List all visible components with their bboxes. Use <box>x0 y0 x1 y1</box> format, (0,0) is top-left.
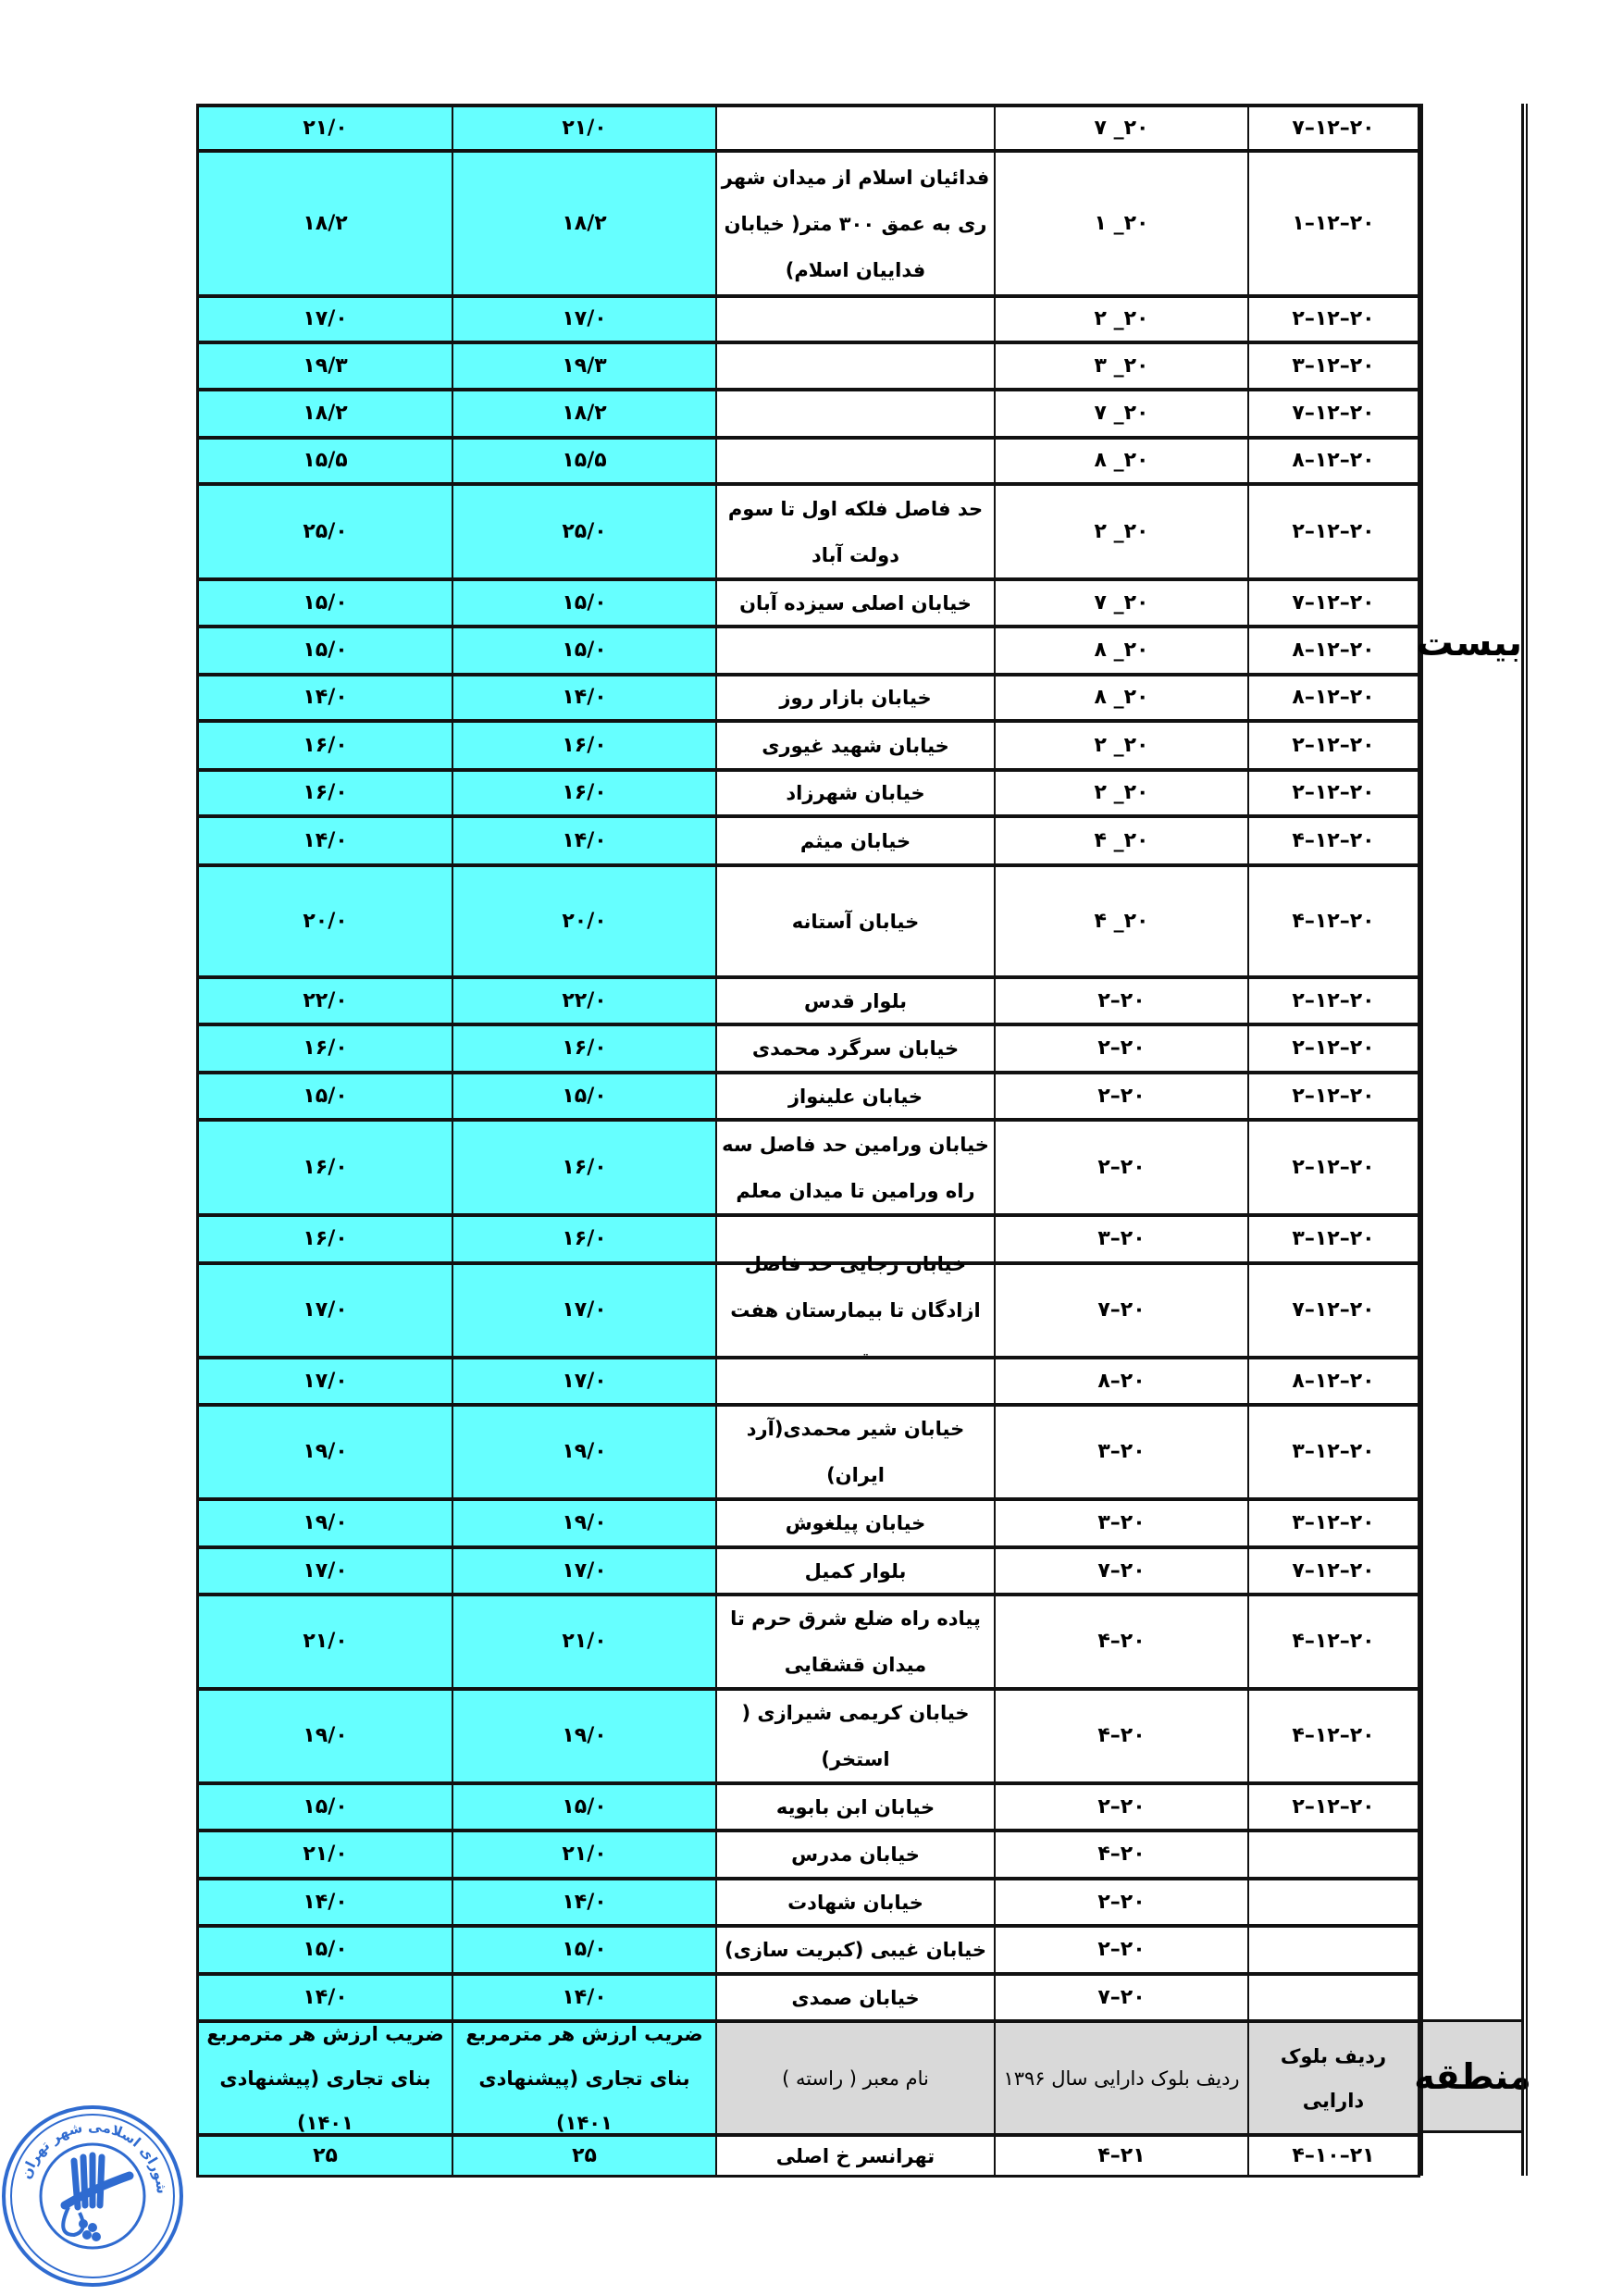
cell-block <box>1247 1880 1420 1924</box>
cell-coef-b: ۱۶/۰ <box>452 1122 715 1213</box>
table-row: ۱۹/۰۱۹/۰خیابان کریمی شیرازی ( استخر)۲۰–۴… <box>196 1687 1420 1781</box>
cell-coef-b: ۱۵/۰ <box>452 1928 715 1972</box>
cell-block-1396: ۲۰_ ۸ <box>994 676 1247 719</box>
stamp-seal-icon: اداره مصوبات شورای اسلامی شهر تهران <box>0 2096 199 2296</box>
cell-coef-b: ۲۵ <box>452 2137 715 2176</box>
cell-coef-a: ۱۹/۰ <box>196 1691 452 1781</box>
cell-block-1396: ۲۰–۲ <box>994 1074 1247 1118</box>
table-row: ۱۷/۰۱۷/۰۲۰–۸۲۰–۱۲–۸ <box>196 1356 1420 1403</box>
cell-coef-a: ۱۴/۰ <box>196 676 452 719</box>
cell-coef-b: ۱۴/۰ <box>452 1880 715 1924</box>
table-row: ۲۱/۰۲۱/۰۲۰_ ۷۲۰–۱۲–۷ <box>196 104 1420 149</box>
cell-coef-a: ۲۵/۰ <box>196 486 452 577</box>
cell-coef-b: ۱۹/۰ <box>452 1501 715 1545</box>
cell-coef-a: ۱۶/۰ <box>196 1122 452 1213</box>
cell-block-1396: ۲۰_ ۷ <box>994 581 1247 625</box>
cell-street: خیابان میثم <box>715 818 994 863</box>
cell-street: بلوار کمیل <box>715 1549 994 1593</box>
cell-block: ۲۰–۱۲–۸ <box>1247 440 1420 482</box>
table-row: ۲۰/۰۲۰/۰خیابان آستانه۲۰_ ۴۲۰–۱۲–۴ <box>196 863 1420 975</box>
cell-block: ۲۰–۱۲–۲ <box>1247 1074 1420 1118</box>
cell-block <box>1247 1832 1420 1877</box>
cell-block: ۲۰–۱۲–۴ <box>1247 867 1420 975</box>
cell-block-1396: ۲۰–۲ <box>994 979 1247 1023</box>
header-block: ردیف بلوک دارایی <box>1247 2023 1420 2133</box>
table-row: ۱۶/۰۱۶/۰خیابان شهید غیوری۲۰_ ۲۲۰–۱۲–۲ <box>196 719 1420 768</box>
table-header-row: ضریب ارزش هر مترمربع بنای تجاری (پیشنهاد… <box>196 2019 1420 2133</box>
table-row: ۱۹/۳۱۹/۳۲۰_ ۳۲۰–۱۲–۳ <box>196 341 1420 388</box>
cell-coef-b: ۲۲/۰ <box>452 979 715 1023</box>
cell-block-1396: ۲۰–۳ <box>994 1407 1247 1497</box>
table-row: ۱۷/۰۱۷/۰۲۰_ ۲۲۰–۱۲–۲ <box>196 294 1420 341</box>
cell-block-1396: ۲۰_ ۲ <box>994 486 1247 577</box>
cell-coef-a: ۲۱/۰ <box>196 1832 452 1877</box>
cell-coef-b: ۲۵/۰ <box>452 486 715 577</box>
cell-block: ۲۰–۱۲–۴ <box>1247 818 1420 863</box>
table-row: ۱۷/۰۱۷/۰بلوار کمیل۲۰–۷۲۰–۱۲–۷ <box>196 1545 1420 1593</box>
cell-coef-b: ۱۴/۰ <box>452 818 715 863</box>
table-row: ۲۲/۰۲۲/۰بلوار قدس۲۰–۲۲۰–۱۲–۲ <box>196 975 1420 1023</box>
cell-block: ۲۰–۱۲–۷ <box>1247 1265 1420 1356</box>
cell-block: ۲۰–۱۲–۱ <box>1247 153 1420 294</box>
table-row: ۱۹/۰۱۹/۰خیابان پیلغوش۲۰–۳۲۰–۱۲–۳ <box>196 1497 1420 1545</box>
cell-coef-a: ۲۲/۰ <box>196 979 452 1023</box>
table-row: ۱۵/۰۱۵/۰خیابان ابن بابویه۲۰–۲۲۰–۱۲–۲ <box>196 1781 1420 1829</box>
cell-coef-a: ۱۷/۰ <box>196 1549 452 1593</box>
cell-street: خیابان غیبی (کبریت سازی) <box>715 1928 994 1972</box>
cell-street <box>715 440 994 482</box>
cell-coef-a: ۱۵/۵ <box>196 440 452 482</box>
cell-coef-b: ۱۸/۲ <box>452 391 715 436</box>
cell-street: خیابان اصلی سیزده آبان <box>715 581 994 625</box>
table-row: ۱۴/۰۱۴/۰خیابان بازار روز۲۰_ ۸۲۰–۱۲–۸ <box>196 673 1420 719</box>
cell-block: ۲۰–۱۲–۷ <box>1247 107 1420 149</box>
cell-street: خیابان صمدی <box>715 1976 994 2019</box>
table-row: ۱۹/۰۱۹/۰خیابان شیر محمدی(آرد ایران)۲۰–۳۲… <box>196 1403 1420 1497</box>
cell-block-1396: ۲۰_ ۳ <box>994 344 1247 388</box>
cell-coef-a: ۲۰/۰ <box>196 867 452 975</box>
cell-street <box>715 107 994 149</box>
zone-cell-last <box>1420 2133 1522 2176</box>
cell-coef-a: ۱۹/۰ <box>196 1501 452 1545</box>
cell-block-1396: ۲۰–۲ <box>994 1122 1247 1213</box>
table-row: ۱۵/۰۱۵/۰خیابان اصلی سیزده آبان۲۰_ ۷۲۰–۱۲… <box>196 577 1420 625</box>
cell-block-1396: ۲۰_ ۸ <box>994 628 1247 673</box>
header-coef-b: ضریب ارزش هر مترمربع بنای تجاری (پیشنهاد… <box>452 2023 715 2133</box>
table-row: ۱۶/۰۱۶/۰خیابان سرگرد محمدی۲۰–۲۲۰–۱۲–۲ <box>196 1023 1420 1071</box>
cell-street: حد فاصل فلکه اول تا سوم دولت آباد <box>715 486 994 577</box>
table-bottom-border <box>196 2175 1420 2178</box>
cell-block: ۲۰–۱۲–۳ <box>1247 1217 1420 1261</box>
cell-coef-a: ۲۱/۰ <box>196 107 452 149</box>
cell-block <box>1247 1928 1420 1972</box>
cell-block-1396: ۲۰–۷ <box>994 1976 1247 2019</box>
cell-coef-a: ۱۵/۰ <box>196 1074 452 1118</box>
cell-street: خیابان ابن بابویه <box>715 1785 994 1829</box>
cell-street <box>715 628 994 673</box>
cell-coef-a: ۱۷/۰ <box>196 1359 452 1403</box>
cell-block: ۲۰–۱۲–۳ <box>1247 1501 1420 1545</box>
cell-street: خیابان پیلغوش <box>715 1501 994 1545</box>
zone-cell: بیست <box>1420 104 1522 2019</box>
cell-coef-b: ۱۹/۰ <box>452 1691 715 1781</box>
cell-coef-a: ۱۹/۳ <box>196 344 452 388</box>
cell-block: ۲۰–۱۲–۲ <box>1247 1122 1420 1213</box>
cell-coef-a: ۱۶/۰ <box>196 1217 452 1261</box>
cell-coef-b: ۱۷/۰ <box>452 1359 715 1403</box>
cell-coef-a: ۱۶/۰ <box>196 723 452 768</box>
cell-block: ۲۰–۱۲–۷ <box>1247 391 1420 436</box>
cell-coef-b: ۲۰/۰ <box>452 867 715 975</box>
cell-coef-a: ۱۴/۰ <box>196 818 452 863</box>
cell-block-1396: ۲۰_ ۴ <box>994 818 1247 863</box>
cell-coef-a: ۱۵/۰ <box>196 1785 452 1829</box>
cell-block-1396: ۲۰–۲ <box>994 1880 1247 1924</box>
cell-block-1396: ۲۰_ ۸ <box>994 440 1247 482</box>
cell-coef-a: ۱۷/۰ <box>196 1265 452 1356</box>
cell-block: ۲۰–۱۲–۲ <box>1247 772 1420 814</box>
cell-coef-a: ۲۵ <box>196 2137 452 2176</box>
cell-block: ۲۰–۱۲–۴ <box>1247 1691 1420 1781</box>
cell-block: ۲۰–۱۲–۲ <box>1247 486 1420 577</box>
cell-street <box>715 1359 994 1403</box>
cell-block: ۲۰–۱۲–۷ <box>1247 581 1420 625</box>
cell-coef-a: ۱۹/۰ <box>196 1407 452 1497</box>
cell-street <box>715 344 994 388</box>
cell-street: بلوار قدس <box>715 979 994 1023</box>
cell-block-1396: ۲۰–۲ <box>994 1026 1247 1071</box>
header-zone: منطقه <box>1420 2019 1522 2133</box>
cell-block-1396: ۲۰–۲ <box>994 1785 1247 1829</box>
cell-block <box>1247 1976 1420 2019</box>
cell-coef-b: ۱۶/۰ <box>452 1026 715 1071</box>
cell-street: خیابان شهادت <box>715 1880 994 1924</box>
cell-block-1396: ۲۰–۷ <box>994 1549 1247 1593</box>
cell-block: ۲۰–۱۲–۸ <box>1247 676 1420 719</box>
cell-street: خیابان شهید غیوری <box>715 723 994 768</box>
cell-street: پیاده راه ضلع شرق حرم تا میدان قشقایی <box>715 1596 994 1687</box>
cell-street: خیابان آستانه <box>715 867 994 975</box>
header-block-1396: ردیف بلوک دارایی سال ۱۳۹۶ <box>994 2023 1247 2133</box>
cell-street <box>715 298 994 341</box>
cell-coef-a: ۱۵/۰ <box>196 1928 452 1972</box>
cell-block-1396: ۲۰_ ۷ <box>994 107 1247 149</box>
cell-block: ۲۰–۱۲–۳ <box>1247 1407 1420 1497</box>
cell-coef-b: ۲۱/۰ <box>452 1596 715 1687</box>
cell-coef-a: ۱۶/۰ <box>196 772 452 814</box>
table-row: ۱۵/۵۱۵/۵۲۰_ ۸۲۰–۱۲–۸ <box>196 436 1420 482</box>
cell-street: خیابان رجایی حد فاصل ازادگان تا بیمارستا… <box>715 1265 994 1356</box>
table-row-last: ۲۵ ۲۵ تهرانسر خ اصلی ۲۱–۴ ۲۱–۱۰–۴ <box>196 2133 1420 2176</box>
cell-block: ۲۰–۱۲–۲ <box>1247 1785 1420 1829</box>
double-border-line <box>1521 104 1528 2176</box>
cell-street: خیابان ورامین حد فاصل سه راه ورامین تا م… <box>715 1122 994 1213</box>
table-row: ۱۸/۲۱۸/۲فدائیان اسلام از میدان شهر ری به… <box>196 149 1420 294</box>
cell-coef-b: ۱۴/۰ <box>452 676 715 719</box>
cell-block-1396: ۲۰–۳ <box>994 1217 1247 1261</box>
cell-block-1396: ۲۱–۴ <box>994 2137 1247 2176</box>
cell-block-1396: ۲۰–۴ <box>994 1596 1247 1687</box>
cell-coef-b: ۱۵/۰ <box>452 581 715 625</box>
cell-block: ۲۰–۱۲–۲ <box>1247 1026 1420 1071</box>
cell-block: ۲۰–۱۲–۲ <box>1247 298 1420 341</box>
cell-block: ۲۰–۱۲–۷ <box>1247 1549 1420 1593</box>
cell-block-1396: ۲۰–۴ <box>994 1832 1247 1877</box>
cell-block-1396: ۲۰_ ۲ <box>994 772 1247 814</box>
cell-coef-a: ۱۴/۰ <box>196 1880 452 1924</box>
table-row: ۱۵/۰۱۵/۰خیابان غیبی (کبریت سازی)۲۰–۲ <box>196 1924 1420 1972</box>
cell-block: ۲۰–۱۲–۳ <box>1247 344 1420 388</box>
table-row: ۱۴/۰۱۴/۰خیابان شهادت۲۰–۲ <box>196 1877 1420 1924</box>
cell-coef-b: ۱۹/۳ <box>452 344 715 388</box>
cell-block: ۲۰–۱۲–۲ <box>1247 723 1420 768</box>
table-row: ۲۱/۰۲۱/۰پیاده راه ضلع شرق حرم تا میدان ق… <box>196 1593 1420 1687</box>
cell-block-1396: ۲۰–۸ <box>994 1359 1247 1403</box>
cell-coef-b: ۱۷/۰ <box>452 1265 715 1356</box>
cell-block-1396: ۲۰_ ۲ <box>994 723 1247 768</box>
cell-street: خیابان علینواز <box>715 1074 994 1118</box>
cell-coef-b: ۱۷/۰ <box>452 1549 715 1593</box>
council-stamp: اداره مصوبات شورای اسلامی شهر تهران <box>0 2096 199 2296</box>
cell-block-1396: ۲۰_ ۷ <box>994 391 1247 436</box>
table-row: ۲۵/۰۲۵/۰حد فاصل فلکه اول تا سوم دولت آبا… <box>196 482 1420 577</box>
cell-block: ۲۰–۱۲–۲ <box>1247 979 1420 1023</box>
cell-coef-a: ۱۵/۰ <box>196 581 452 625</box>
cell-street: خیابان شهرزاد <box>715 772 994 814</box>
cell-street <box>715 391 994 436</box>
cell-block-1396: ۲۰_ ۲ <box>994 298 1247 341</box>
table-row: ۱۵/۰۱۵/۰۲۰_ ۸۲۰–۱۲–۸ <box>196 625 1420 673</box>
cell-coef-b: ۲۱/۰ <box>452 1832 715 1877</box>
zone-label: بیست <box>1423 622 1522 664</box>
cell-coef-a: ۱۵/۰ <box>196 628 452 673</box>
header-street: نام معبر ( راسته ) <box>715 2023 994 2133</box>
table-row: ۱۴/۰۱۴/۰خیابان میثم۲۰_ ۴۲۰–۱۲–۴ <box>196 814 1420 863</box>
cell-block-1396: ۲۰_ ۱ <box>994 153 1247 294</box>
cell-block: ۲۱–۱۰–۴ <box>1247 2137 1420 2176</box>
cell-street: فدائیان اسلام از میدان شهر ری به عمق ۳۰۰… <box>715 153 994 294</box>
cell-block: ۲۰–۱۲–۸ <box>1247 1359 1420 1403</box>
table-row: ۱۷/۰۱۷/۰خیابان رجایی حد فاصل ازادگان تا … <box>196 1261 1420 1356</box>
cell-street: خیابان بازار روز <box>715 676 994 719</box>
table-row: ۲۱/۰۲۱/۰خیابان مدرس۲۰–۴ <box>196 1829 1420 1877</box>
cell-block-1396: ۲۰–۷ <box>994 1265 1247 1356</box>
cell-street: خیابان سرگرد محمدی <box>715 1026 994 1071</box>
cell-coef-b: ۱۶/۰ <box>452 1217 715 1261</box>
cell-block: ۲۰–۱۲–۸ <box>1247 628 1420 673</box>
table-row: ۱۸/۲۱۸/۲۲۰_ ۷۲۰–۱۲–۷ <box>196 388 1420 436</box>
cell-coef-b: ۱۵/۰ <box>452 628 715 673</box>
cell-coef-b: ۱۵/۵ <box>452 440 715 482</box>
cell-block-1396: ۲۰–۲ <box>994 1928 1247 1972</box>
cell-coef-a: ۱۷/۰ <box>196 298 452 341</box>
cell-block: ۲۰–۱۲–۴ <box>1247 1596 1420 1687</box>
cell-coef-b: ۱۶/۰ <box>452 772 715 814</box>
cell-street: خیابان مدرس <box>715 1832 994 1877</box>
cell-coef-a: ۱۶/۰ <box>196 1026 452 1071</box>
cell-coef-b: ۱۵/۰ <box>452 1785 715 1829</box>
cell-coef-b: ۱۷/۰ <box>452 298 715 341</box>
table-row: ۱۵/۰۱۵/۰خیابان علینواز۲۰–۲۲۰–۱۲–۲ <box>196 1071 1420 1118</box>
cell-street: خیابان کریمی شیرازی ( استخر) <box>715 1691 994 1781</box>
cell-coef-b: ۲۱/۰ <box>452 107 715 149</box>
cell-coef-b: ۱۸/۲ <box>452 153 715 294</box>
cell-coef-a: ۱۸/۲ <box>196 391 452 436</box>
cell-coef-a: ۲۱/۰ <box>196 1596 452 1687</box>
cell-block-1396: ۲۰_ ۴ <box>994 867 1247 975</box>
header-coef-a: ضریب ارزش هر مترمربع بنای تجاری (پیشنهاد… <box>196 2023 452 2133</box>
table-row: ۱۶/۰۱۶/۰خیابان شهرزاد۲۰_ ۲۲۰–۱۲–۲ <box>196 768 1420 814</box>
cell-coef-b: ۱۹/۰ <box>452 1407 715 1497</box>
cell-coef-b: ۱۵/۰ <box>452 1074 715 1118</box>
cell-street: خیابان شیر محمدی(آرد ایران) <box>715 1407 994 1497</box>
table-row: ۱۶/۰۱۶/۰خیابان ورامین حد فاصل سه راه ورا… <box>196 1118 1420 1213</box>
cell-street: تهرانسر خ اصلی <box>715 2137 994 2176</box>
cell-coef-a: ۱۸/۲ <box>196 153 452 294</box>
cell-block-1396: ۲۰–۳ <box>994 1501 1247 1545</box>
cell-block-1396: ۲۰–۴ <box>994 1691 1247 1781</box>
cell-coef-b: ۱۶/۰ <box>452 723 715 768</box>
